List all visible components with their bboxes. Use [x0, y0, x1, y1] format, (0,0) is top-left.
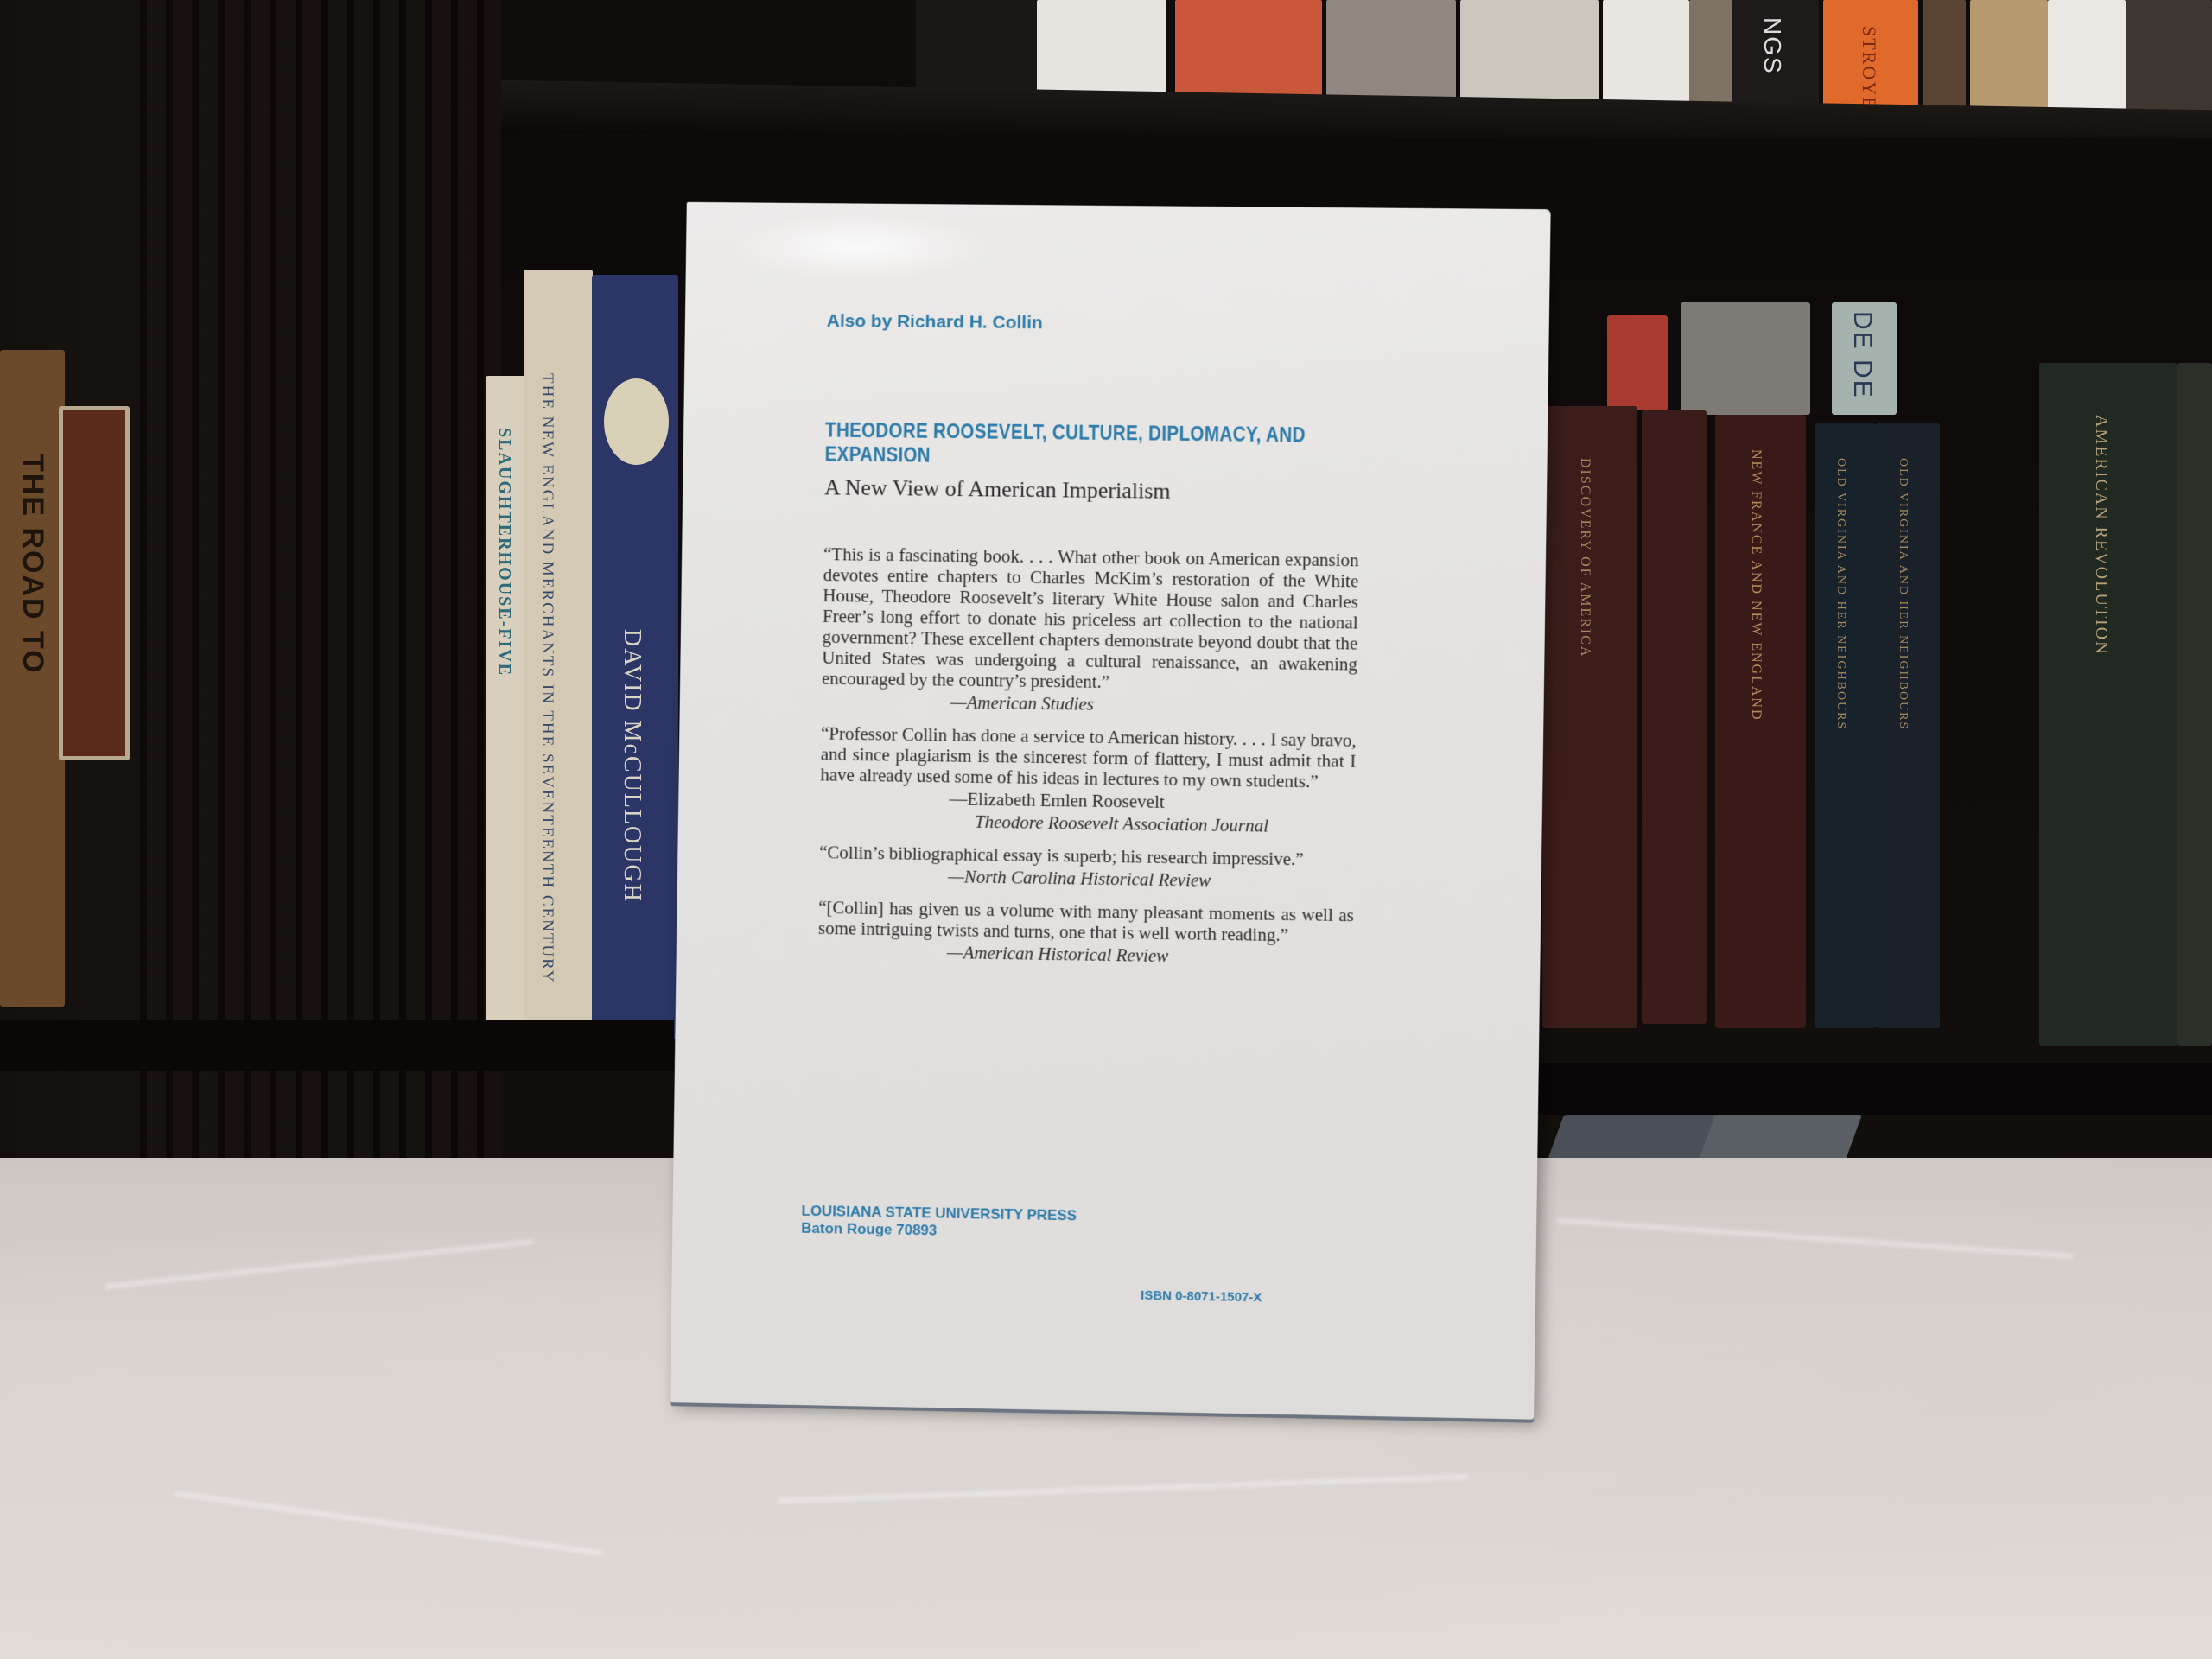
shelf-posts: [121, 0, 501, 1175]
eiffel-tower-emblem: [604, 378, 669, 465]
book-spine: SLAUGHTERHOUSE-FIVE: [486, 376, 529, 1024]
photo-scene: NGS STROYED THE ROAD TO SLAUGHTERHOUSE-F…: [0, 0, 2212, 1659]
book-spine: DISCOVERY OF AMERICA: [1542, 406, 1637, 1028]
book-spine: OLD VIRGINIA AND HER NEIGHBOURS: [1815, 423, 1875, 1028]
shelf-board: [1503, 1063, 2212, 1115]
book-spine: DE DE: [1832, 302, 1897, 415]
book-spine: [59, 406, 130, 760]
shelf-board: [0, 1020, 674, 1071]
book-spine: [1681, 302, 1810, 415]
book-spine: THE NEW ENGLAND MERCHANTS IN THE SEVENTE…: [524, 270, 593, 1034]
book-spine: NEW FRANCE AND NEW ENGLAND: [1715, 415, 1806, 1028]
book-spine: AMERICAN REVOLUTION: [2039, 363, 2177, 1046]
cover-content: Also by Richard H. Collin THEODORE ROOSE…: [817, 311, 1362, 982]
other-book-title: THEODORE ROOSEVELT, CULTURE, DIPLOMACY, …: [824, 418, 1306, 472]
cloth-fold: [1556, 1217, 2074, 1259]
light-glare: [728, 211, 988, 282]
book-spine: THE ROAD TO: [0, 350, 65, 1007]
isbn: ISBN 0-8071-1507-X: [1141, 1288, 1262, 1306]
also-by-heading: Also by Richard H. Collin: [827, 311, 1363, 337]
blurb-quote: “[Collin] has given us a volume with man…: [818, 897, 1354, 946]
cloth-fold: [778, 1474, 1469, 1503]
book-back-cover: Also by Richard H. Collin THEODORE ROOSE…: [671, 202, 1551, 1420]
blurb-quote: “Professor Collin has done a service to …: [820, 723, 1357, 792]
book-spine: DAVID McCULLOUGH: [592, 275, 678, 1039]
cloth-fold: [175, 1491, 603, 1556]
book-spine: OLD VIRGINIA AND HER NEIGHBOURS: [1875, 423, 1940, 1028]
book-spine: [2177, 363, 2212, 1046]
cloth-fold: [105, 1239, 535, 1289]
book-spine: [1607, 315, 1668, 410]
book-spine: [1642, 410, 1707, 1024]
blurb-quote: “This is a fascinating book. . . . What …: [822, 543, 1359, 696]
lying-book: [1698, 1115, 1862, 1162]
other-book-subtitle: A New View of American Imperialism: [824, 474, 1360, 506]
publisher-block: LOUISIANA STATE UNIVERSITY PRESS Baton R…: [801, 1203, 1077, 1243]
lying-book: [1547, 1115, 1719, 1162]
